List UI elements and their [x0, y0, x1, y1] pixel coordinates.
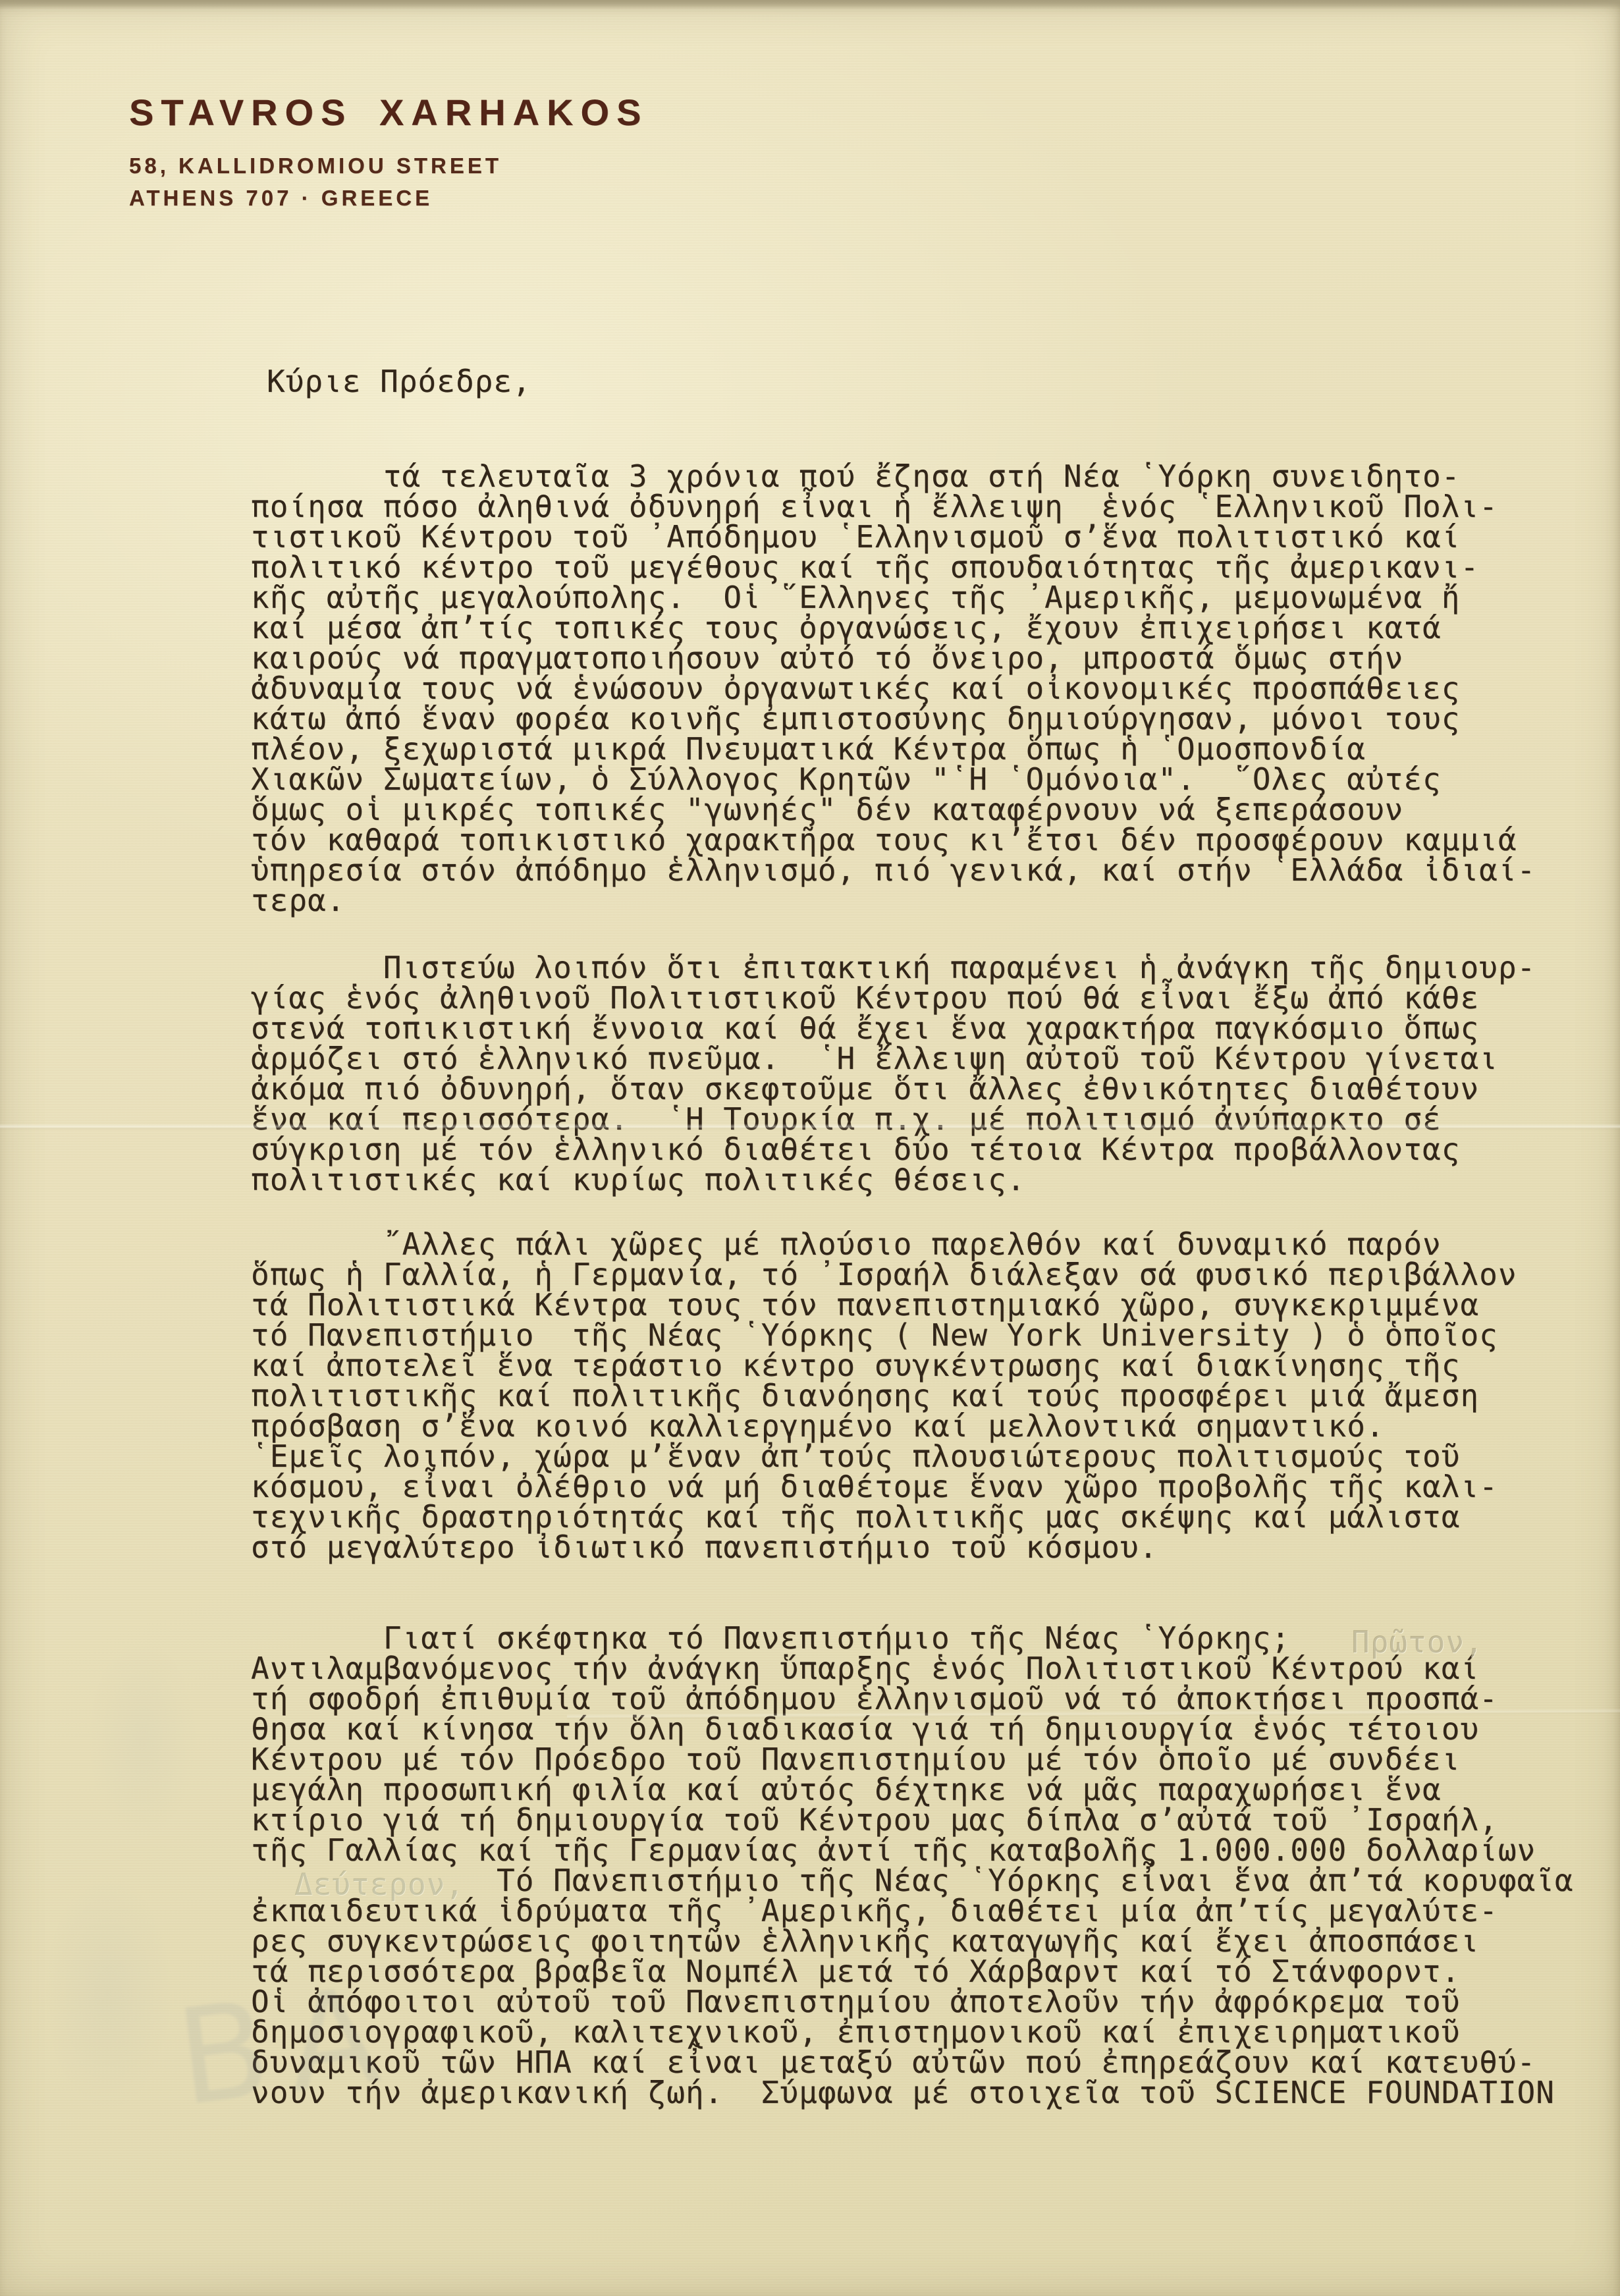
typed-line: πολιτιστικές καί κυρίως πολιτικές θέσεις… — [251, 1164, 1613, 1195]
typed-line: κῆς αὐτῆς μεγαλούπολης. Οἱ ῞Ελληνες τῆς … — [251, 582, 1613, 613]
typed-line: τά τελευταῖα 3 χρόνια πού ἔζησα στή Νέα … — [251, 461, 1613, 491]
typed-line: ἀκόμα πιό ὀδυνηρή, ὅταν σκεφτοῦμε ὅτι ἄλ… — [251, 1074, 1613, 1104]
letterhead-address-street: 58, KALLIDROMIOU STREET — [129, 150, 648, 182]
typed-line: Αντιλαμβανόμενος τήν ἀνάγκη ὕπαρξης ἑνός… — [251, 1653, 1613, 1683]
paper-crease — [0, 1124, 1620, 1130]
paragraph: Πιστεύω λοιπόν ὅτι ἐπιτακτική παραμένει … — [251, 952, 1613, 1195]
typed-line: τά περισσότερα βραβεῖα Νομπέλ μετά τό Χά… — [251, 1956, 1613, 1986]
typed-line: καί μέσα ἀπ’τίς τοπικές τους ὀργανώσεις,… — [251, 613, 1613, 643]
typed-line: ρες συγκεντρώσεις φοιτητῶν ἑλληνικῆς κατ… — [251, 1926, 1613, 1956]
typed-line: τῆς Γαλλίας καί τῆς Γερμανίας ἀντί τῆς κ… — [251, 1835, 1613, 1865]
paragraph: τά τελευταῖα 3 χρόνια πού ἔζησα στή Νέα … — [251, 461, 1613, 916]
typed-line: ἀδυναμία τους νά ἑνώσουν ὀργανωτικές καί… — [251, 673, 1613, 703]
typed-line: Πιστεύω λοιπόν ὅτι ἐπιτακτική παραμένει … — [251, 952, 1613, 983]
typed-line: Γιατί σκέφτηκα τό Πανεπιστήμιο τῆς Νέας … — [251, 1623, 1613, 1653]
typed-line: πολιτικό κέντρο τοῦ μεγέθους καί τῆς σπο… — [251, 552, 1613, 582]
salutation: Κύριε Πρόεδρε, — [251, 366, 1613, 396]
typed-line: κόσμου, εἶναι ὀλέθριο νά μή διαθέτομε ἕν… — [251, 1471, 1613, 1502]
typed-line: τιστικοῦ Κέντρου τοῦ ᾽Απόδημου ῾Ελληνισμ… — [251, 522, 1613, 552]
typed-line: ἁρμόζει στό ἑλληνικό πνεῦμα. ῾Η ἔλλειψη … — [251, 1043, 1613, 1074]
paper-smudge — [40, 1647, 211, 2108]
typed-line: στενά τοπικιστική ἔννοια καί θά ἔχει ἕνα… — [251, 1013, 1613, 1043]
typed-line: καιρούς νά πραγματοποιήσουν αὐτό τό ὄνει… — [251, 643, 1613, 673]
typed-line: ῎Αλλες πάλι χῶρες μέ πλούσιο παρελθόν κα… — [251, 1229, 1613, 1259]
typed-line: Τό Πανεπιστήμιο τῆς Νέας ῾Υόρκης εἶναι ἕ… — [251, 1865, 1613, 1896]
typed-line: πρόσβαση σ’ἕνα κοινό καλλιεργημένο καί μ… — [251, 1411, 1613, 1441]
typed-line: μεγάλη προσωπική φιλία καί αὐτός δέχτηκε… — [251, 1774, 1613, 1805]
typed-line: κάτω ἀπό ἕναν φορέα κοινῆς ἐμπιστοσύνης … — [251, 703, 1613, 734]
paragraph: ῎Αλλες πάλι χῶρες μέ πλούσιο παρελθόν κα… — [251, 1229, 1613, 1562]
letterhead-address-city: ATHENS 707 · GREECE — [129, 182, 648, 214]
typed-line: τόν καθαρά τοπικιστικό χαρακτῆρα τους κι… — [251, 825, 1613, 855]
typed-line: καί ἀποτελεῖ ἕνα τεράστιο κέντρο συγκέντ… — [251, 1350, 1613, 1380]
letter-body: Κύριε Πρόεδρε, τά τελευταῖα 3 χρόνια πού… — [251, 366, 1613, 2108]
typed-line: νουν τήν ἀμερικανική ζωή. Σύμφωνα μέ στο… — [251, 2077, 1613, 2108]
scan-edge-shadow — [0, 0, 1620, 9]
typed-line: ἐκπαιδευτικά ἱδρύματα τῆς ᾽Αμερικῆς, δια… — [251, 1896, 1613, 1926]
typed-line: δημοσιογραφικοῦ, καλιτεχνικοῦ, ἐπιστημον… — [251, 2017, 1613, 2047]
typed-line: πλέον, ξεχωριστά μικρά Πνευματικά Κέντρα… — [251, 734, 1613, 764]
typed-line: πολιτιστικῆς καί πολιτικῆς διανόησης καί… — [251, 1380, 1613, 1411]
letterhead-name: STAVROS XARHAKOS — [129, 94, 648, 131]
paragraph: Γιατί σκέφτηκα τό Πανεπιστήμιο τῆς Νέας … — [251, 1623, 1613, 2108]
typed-line: ὑπηρεσία στόν ἀπόδημο ἑλληνισμό, πιό γεν… — [251, 855, 1613, 885]
typed-line: ὅμως οἱ μικρές τοπικές "γωνηές" δέν κατα… — [251, 794, 1613, 825]
typed-line: ὅπως ἡ Γαλλία, ἡ Γερμανία, τό ᾽Ισραήλ δι… — [251, 1259, 1613, 1290]
typed-line: γίας ἑνός ἀληθινοῦ Πολιτιστικοῦ Κέντρου … — [251, 983, 1613, 1013]
letterhead: STAVROS XARHAKOS 58, KALLIDROMIOU STREET… — [129, 94, 648, 214]
typed-line: ποίησα πόσο ἀληθινά ὀδυνηρή εἶναι ἡ ἔλλε… — [251, 491, 1613, 522]
typed-line: ῾Εμεῖς λοιπόν, χώρα μ’ἕναν ἀπ’τούς πλουσ… — [251, 1441, 1613, 1471]
paragraphs: τά τελευταῖα 3 χρόνια πού ἔζησα στή Νέα … — [251, 461, 1613, 2108]
typed-line: Οἱ ἀπόφοιτοι αὐτοῦ τοῦ Πανεπιστημίου ἀπο… — [251, 1986, 1613, 2017]
typed-line: δυναμικοῦ τῶν ΗΠΑ καί εἶναι μεταξύ αὐτῶν… — [251, 2047, 1613, 2077]
typed-line: σύγκριση μέ τόν ἑλληνικό διαθέτει δύο τέ… — [251, 1134, 1613, 1164]
typed-line: Κέντρου μέ τόν Πρόεδρο τοῦ Πανεπιστημίου… — [251, 1744, 1613, 1774]
typed-line: στό μεγαλύτερο ἰδιωτικό πανεπιστήμιο τοῦ… — [251, 1532, 1613, 1562]
typed-line: τεχνικῆς δραστηριότητάς καί τῆς πολιτικῆ… — [251, 1502, 1613, 1532]
typed-line: τερα. — [251, 885, 1613, 916]
letter-scan-page: STAVROS XARHAKOS 58, KALLIDROMIOU STREET… — [0, 0, 1620, 2296]
typed-line: θησα καί κίνησα τήν ὅλη διαδικασία γιά τ… — [251, 1714, 1613, 1744]
typed-line: Χιακῶν Σωματείων, ὁ Σύλλογος Κρητῶν "῾Η … — [251, 764, 1613, 794]
typed-line: τά Πολιτιστικά Κέντρα τους τόν πανεπιστη… — [251, 1290, 1613, 1320]
typed-line: κτίριο γιά τή δημιουργία τοῦ Κέντρου μας… — [251, 1805, 1613, 1835]
typed-line: τό Πανεπιστήμιο τῆς Νέας ῾Υόρκης ( New Y… — [251, 1320, 1613, 1350]
